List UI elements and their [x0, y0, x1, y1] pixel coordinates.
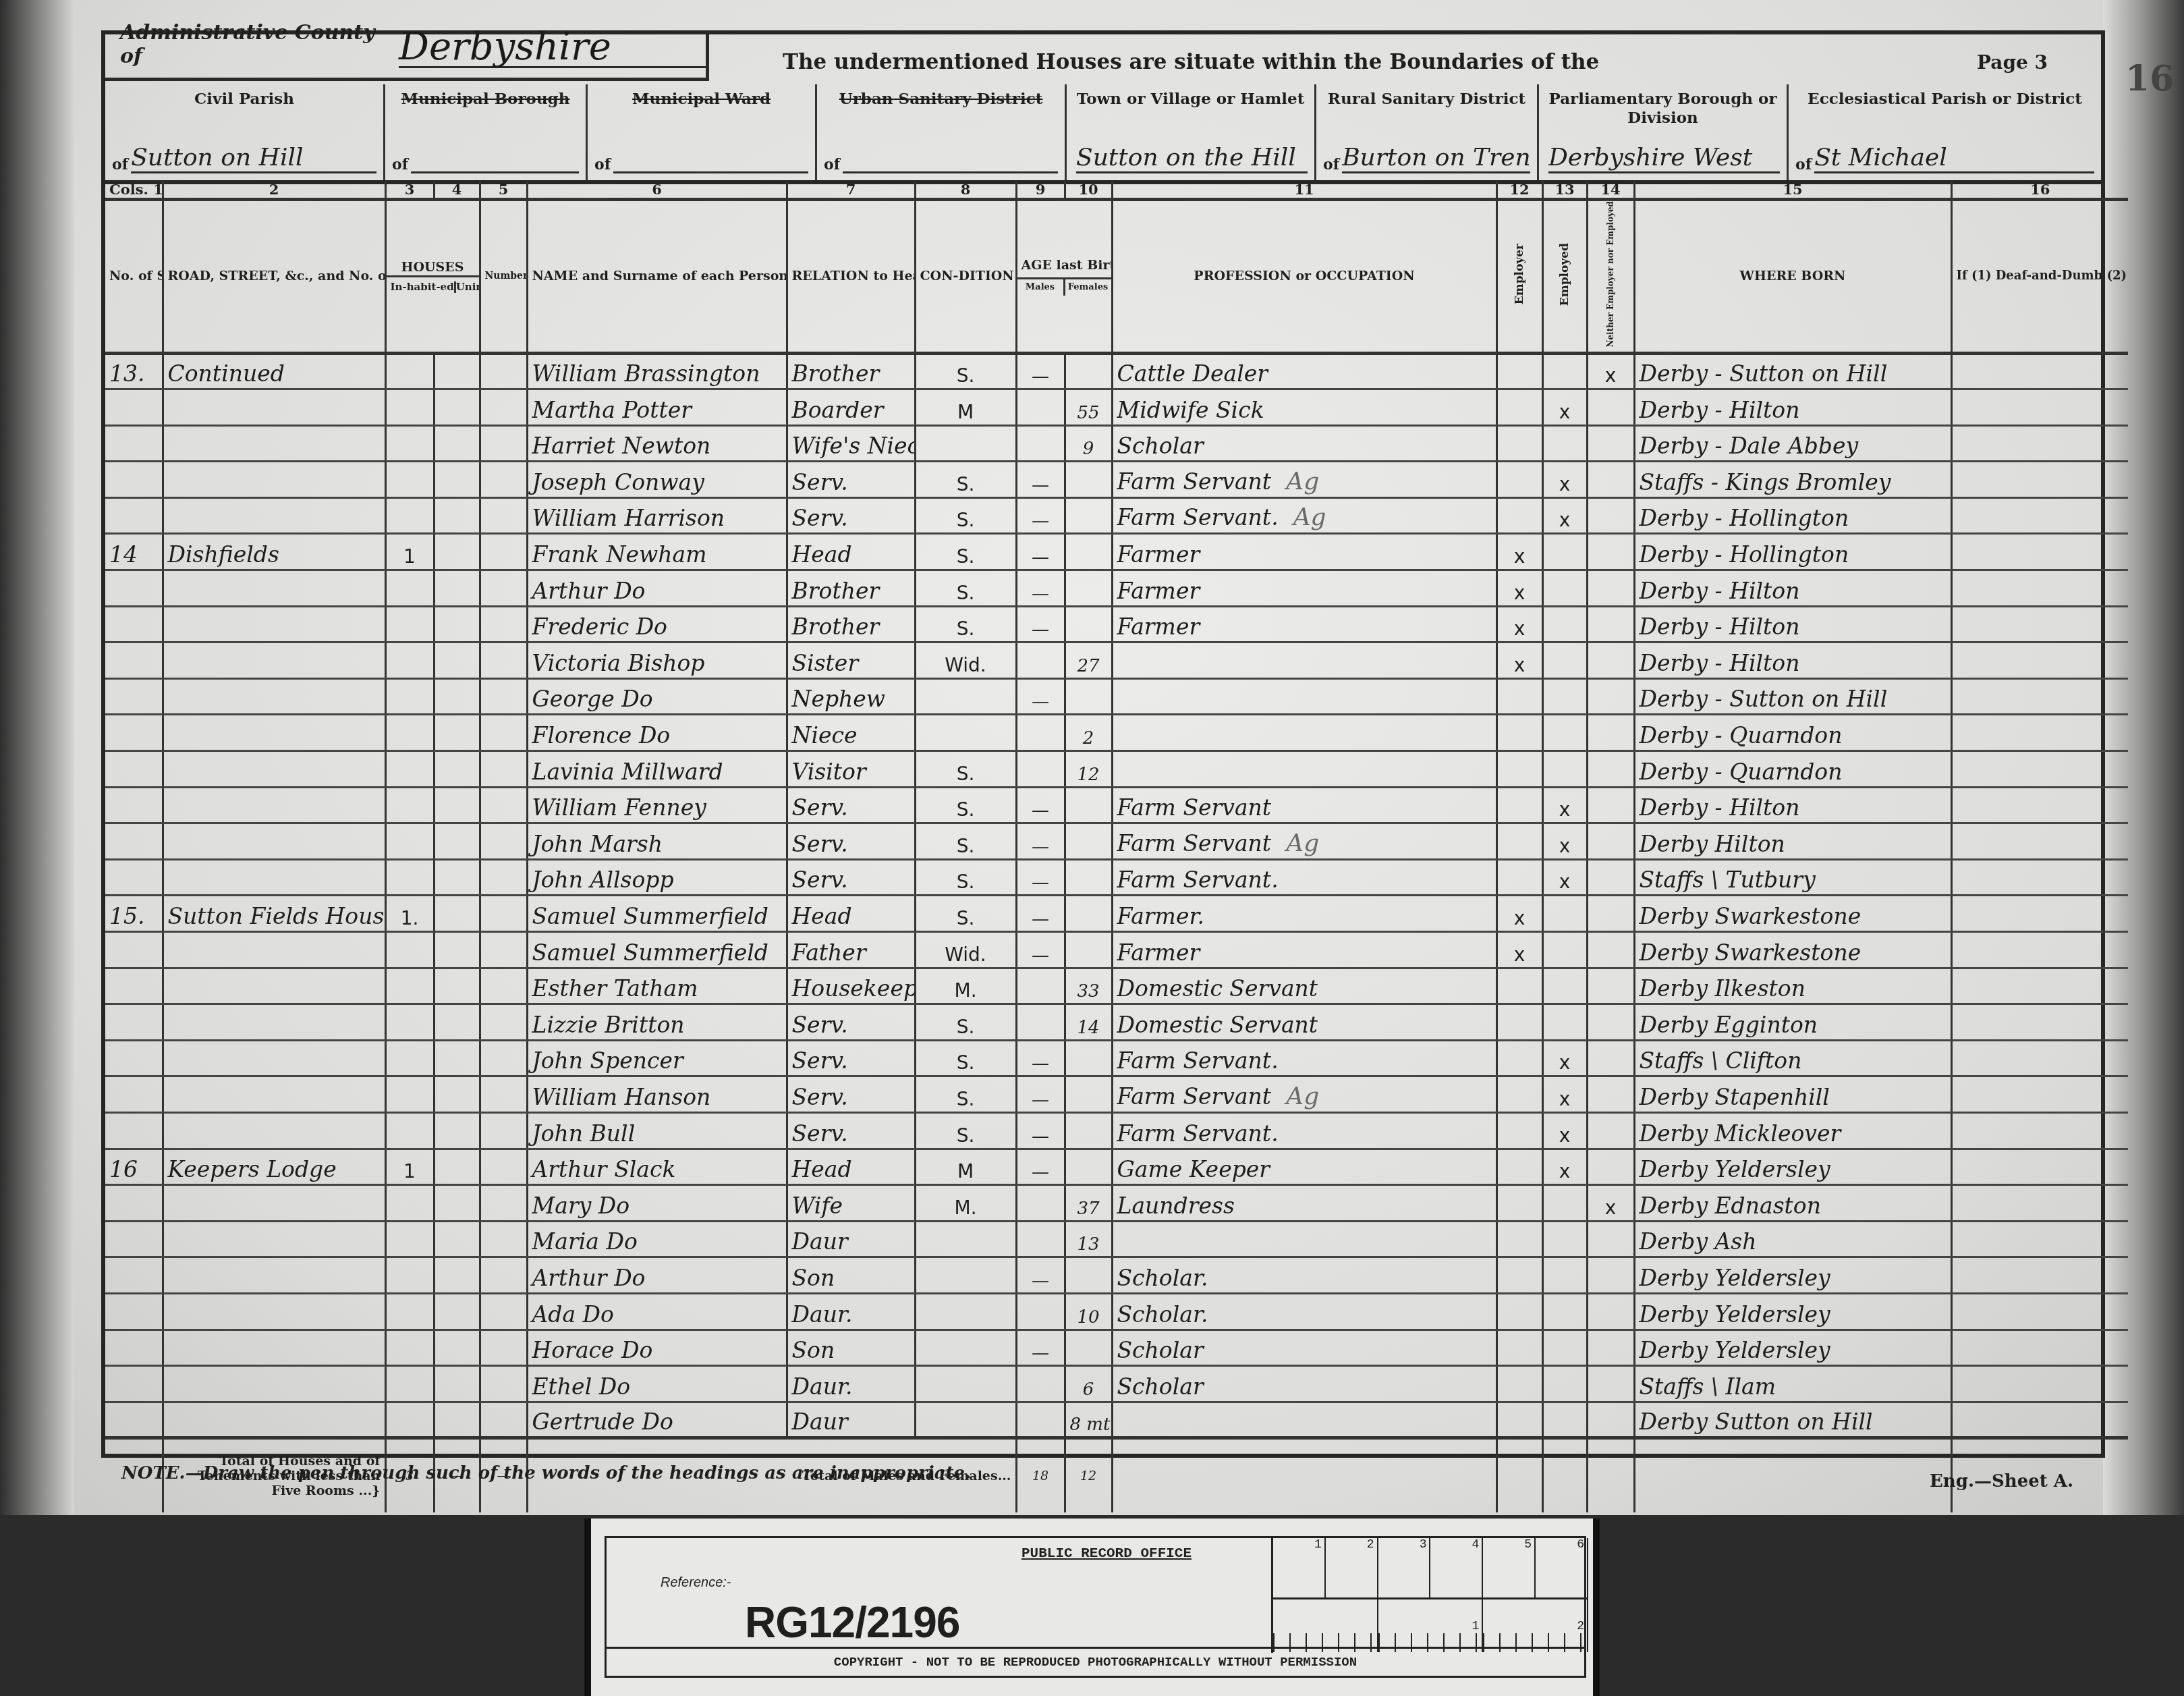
- employed-mark-text: x: [1559, 1124, 1571, 1147]
- header-road: ROAD, STREET, &c., and No. or NAME of HO…: [163, 200, 385, 354]
- employer-mark: [1496, 1004, 1542, 1041]
- where-born: Derby - Dale Abbey: [1634, 425, 1951, 462]
- employed-mark: x: [1542, 1112, 1587, 1149]
- condition: [915, 678, 1016, 715]
- ruler-cm-mark: 3: [1378, 1538, 1431, 1597]
- rooms: [480, 353, 527, 389]
- ruler-inch-mark: [1273, 1599, 1378, 1652]
- employer-mark: [1496, 859, 1542, 896]
- employed-mark: [1542, 1402, 1587, 1438]
- person-name-text: Victoria Bishop: [532, 650, 705, 676]
- condition: M.: [915, 968, 1016, 1004]
- where-born: Staffs - Kings Bromley: [1634, 462, 1951, 498]
- condition: S.: [915, 497, 1016, 534]
- infirmity: [1951, 787, 2128, 823]
- female-age-text: 55: [1077, 403, 1099, 423]
- occupation-text: Scholar.: [1117, 1265, 1208, 1291]
- condition: S.: [915, 787, 1016, 823]
- inhabited: [385, 1112, 434, 1149]
- neither-mark-text: x: [1605, 364, 1617, 387]
- where-born: Derby - Hilton: [1634, 570, 1951, 607]
- relation-text: Serv.: [792, 505, 848, 531]
- person-name: John Marsh: [527, 823, 787, 860]
- where-born-text: Derby - Hollington: [1640, 505, 1849, 531]
- where-born-text: Derby - Hollington: [1640, 541, 1849, 568]
- schedule-number: [105, 1330, 163, 1366]
- admin-field: Municipal Ward of: [588, 84, 817, 180]
- person-name-text: Arthur Do: [532, 1265, 646, 1291]
- folio-number: 16: [2125, 58, 2174, 99]
- house-name: [163, 1330, 385, 1366]
- inhabited: [385, 570, 434, 607]
- house-name: [163, 1185, 385, 1222]
- condition: [915, 1221, 1016, 1257]
- male-age: [1016, 1004, 1065, 1041]
- where-born-text: Derby Ednaston: [1640, 1193, 1821, 1219]
- occupation-text: Farmer.: [1117, 903, 1205, 929]
- person-name-text: William Harrison: [532, 505, 725, 531]
- inhabited: [385, 353, 434, 389]
- occupation: Midwife Sick: [1112, 389, 1496, 426]
- sheet-label: Eng.—Sheet A.: [1930, 1471, 2073, 1492]
- relation-text: Serv.: [792, 1084, 848, 1110]
- infirmity: [1951, 896, 2128, 932]
- census-row: Ethel DoDaur.6ScholarStaffs \ Ilam: [105, 1366, 2128, 1402]
- condition-text: Wid.: [945, 654, 986, 676]
- neither-mark: [1587, 642, 1634, 679]
- employer-mark: [1496, 823, 1542, 860]
- inhabited: [385, 859, 434, 896]
- person-name: Frederic Do: [527, 606, 787, 642]
- rooms: [480, 570, 527, 607]
- condition-text: S.: [957, 798, 975, 821]
- employed-mark: x: [1542, 497, 1587, 534]
- person-name-text: Florence Do: [532, 722, 671, 748]
- person-name: Arthur Do: [527, 1257, 787, 1294]
- condition-text: S.: [957, 618, 975, 640]
- neither-mark-text: x: [1605, 1197, 1617, 1219]
- inhabited: [385, 823, 434, 860]
- house-name: [163, 678, 385, 715]
- rooms: [480, 425, 527, 462]
- male-age: [1016, 1402, 1065, 1438]
- infirmity: [1951, 1149, 2128, 1185]
- employer-mark: [1496, 1149, 1542, 1185]
- house-name: [163, 1112, 385, 1149]
- infirmity: [1951, 425, 2128, 462]
- condition: S.: [915, 1112, 1016, 1149]
- rooms: [480, 462, 527, 498]
- schedule-number: [105, 462, 163, 498]
- ruler-cm: 123456: [1273, 1538, 1588, 1599]
- male-age: —: [1016, 896, 1065, 932]
- rooms: [480, 497, 527, 534]
- male-age: —: [1016, 534, 1065, 570]
- female-age: 14: [1065, 1004, 1112, 1041]
- person-name: John Spencer: [527, 1040, 787, 1076]
- female-age: 12: [1065, 751, 1112, 788]
- house-name: [163, 1402, 385, 1438]
- header-age-title: AGE last Birthday of: [1021, 257, 1107, 273]
- census-row: John SpencerServ.S.—Farm Servant.xStaffs…: [105, 1040, 2128, 1076]
- employed-mark: [1542, 642, 1587, 679]
- person-name: Maria Do: [527, 1221, 787, 1257]
- census-row: Maria DoDaur13Derby Ash: [105, 1221, 2128, 1257]
- person-name: Lizzie Britton: [527, 1004, 787, 1041]
- female-age: [1065, 570, 1112, 607]
- person-name: William Fenney: [527, 787, 787, 823]
- employer-mark: [1496, 1185, 1542, 1222]
- employer-mark: [1496, 1402, 1542, 1438]
- census-row: John AllsoppServ.S.—Farm Servant.xStaffs…: [105, 859, 2128, 896]
- condition: S.: [915, 534, 1016, 570]
- infirmity: [1951, 1185, 2128, 1222]
- rooms: [480, 823, 527, 860]
- relation: Brother: [787, 353, 915, 389]
- column-number-row: Cols. 12345678910111213141516: [105, 181, 2128, 200]
- relation-text: Daur.: [792, 1301, 853, 1328]
- house-name: [163, 751, 385, 788]
- neither-mark: [1587, 715, 1634, 751]
- condition-text: S.: [957, 364, 975, 387]
- employed-mark: [1542, 1330, 1587, 1366]
- inhabited-text: 1.: [401, 907, 419, 929]
- occupation-text: Scholar: [1117, 1337, 1204, 1363]
- inhabited: [385, 1221, 434, 1257]
- column-number: 8: [915, 181, 1016, 200]
- person-name: Esther Tatham: [527, 968, 787, 1004]
- condition-text: S.: [957, 1051, 975, 1074]
- neither-mark: [1587, 678, 1634, 715]
- occupation: Scholar.: [1112, 1293, 1496, 1330]
- condition-text: S.: [957, 835, 975, 857]
- infirmity: [1951, 859, 2128, 896]
- relation-text: Son: [792, 1265, 835, 1291]
- pro-reference-code: RG12/2196: [745, 1597, 959, 1647]
- county-box: Administrative County of Derbyshire: [105, 32, 709, 81]
- ruler-inches: 12: [1273, 1599, 1588, 1652]
- relation: Nephew: [787, 678, 915, 715]
- schedule-number: [105, 1040, 163, 1076]
- census-row: Esther TathamHousekeeperM.33Domestic Ser…: [105, 968, 2128, 1004]
- admin-field-label: Parliamentary Borough or Division: [1539, 90, 1787, 128]
- female-age: [1065, 787, 1112, 823]
- employer-mark-text: x: [1514, 582, 1525, 604]
- employed-mark: [1542, 606, 1587, 642]
- employer-mark: [1496, 1257, 1542, 1294]
- condition: [915, 1366, 1016, 1402]
- header-condition: CON-DITION as to Marriage: [915, 200, 1016, 354]
- person-name-text: Ada Do: [532, 1301, 614, 1328]
- occupation: Domestic Servant: [1112, 1004, 1496, 1041]
- employed-mark: x: [1542, 859, 1587, 896]
- house-name: [163, 1257, 385, 1294]
- condition: S.: [915, 353, 1016, 389]
- person-name: John Bull: [527, 1112, 787, 1149]
- admin-field-label: Town or Village or Hamlet: [1067, 90, 1314, 109]
- neither-mark: x: [1587, 353, 1634, 389]
- male-age: —: [1016, 606, 1065, 642]
- person-name: William Hanson: [527, 1076, 787, 1113]
- uninhabited: [434, 497, 480, 534]
- schedule-number: [105, 823, 163, 860]
- schedule-number: [105, 1221, 163, 1257]
- neither-mark: [1587, 968, 1634, 1004]
- schedule-number: [105, 968, 163, 1004]
- employed-mark: [1542, 968, 1587, 1004]
- employer-mark-text: x: [1514, 907, 1525, 929]
- uninhabited: [434, 1366, 480, 1402]
- male-age-text: —: [1032, 1271, 1049, 1291]
- rooms: [480, 389, 527, 426]
- condition: [915, 425, 1016, 462]
- male-age-text: —: [1032, 692, 1049, 712]
- relation-text: Head: [792, 541, 852, 568]
- inhabited: [385, 606, 434, 642]
- inhabited: [385, 497, 434, 534]
- female-age: [1065, 1076, 1112, 1113]
- person-name-text: William Brassington: [532, 360, 760, 387]
- uninhabited: [434, 932, 480, 968]
- schedule-number: [105, 751, 163, 788]
- person-name: Samuel Summerfield: [527, 896, 787, 932]
- female-age: [1065, 606, 1112, 642]
- rooms: [480, 1402, 527, 1438]
- condition-text: M: [957, 401, 974, 423]
- census-row: 16Keepers Lodge1Arthur SlackHeadM—Game K…: [105, 1149, 2128, 1185]
- condition-text: S.: [957, 871, 975, 893]
- relation-text: Wife's Niece: [792, 433, 916, 459]
- column-number: 6: [527, 181, 787, 200]
- female-age-text: 27: [1077, 656, 1099, 676]
- occupation: Farmer: [1112, 606, 1496, 642]
- page-number: Page 3: [1977, 51, 2048, 74]
- where-born-text: Derby Egginton: [1640, 1012, 1818, 1038]
- female-age: [1065, 859, 1112, 896]
- condition: M: [915, 389, 1016, 426]
- where-born: Derby Mickleover: [1634, 1112, 1951, 1149]
- admin-field-of: of: [112, 156, 128, 173]
- where-born-text: Derby - Hilton: [1640, 578, 1800, 604]
- employer-mark: [1496, 353, 1542, 389]
- male-age-text: —: [1032, 475, 1049, 495]
- uninhabited: [434, 1257, 480, 1294]
- male-age: —: [1016, 859, 1065, 896]
- where-born-text: Derby Hilton: [1640, 831, 1785, 857]
- neither-mark: [1587, 1040, 1634, 1076]
- infirmity: [1951, 1402, 2128, 1438]
- occupation: Cattle Dealer: [1112, 353, 1496, 389]
- employed-mark: [1542, 751, 1587, 788]
- inhabited-text: 1: [403, 1160, 416, 1182]
- occupation: [1112, 715, 1496, 751]
- admin-field-of: of: [1323, 156, 1339, 173]
- census-row: William HansonServ.S.—Farm ServantAgxDer…: [105, 1076, 2128, 1113]
- census-row: John BullServ.S.—Farm Servant.xDerby Mic…: [105, 1112, 2128, 1149]
- uninhabited: [434, 859, 480, 896]
- occupation-text: Farm Servant.: [1117, 504, 1279, 530]
- schedule-number-text: 16: [109, 1156, 138, 1182]
- schedule-number: [105, 1076, 163, 1113]
- relation: Wife's Niece: [787, 425, 915, 462]
- schedule-number: [105, 1185, 163, 1222]
- occupation-pencil-note: Ag: [1293, 503, 1326, 531]
- neither-mark: [1587, 1112, 1634, 1149]
- relation: Serv.: [787, 823, 915, 860]
- column-number: 16: [1951, 181, 2128, 200]
- schedule-number: [105, 1293, 163, 1330]
- employer-mark: [1496, 715, 1542, 751]
- header-inhabited: In-habit-ed: [391, 281, 454, 293]
- infirmity: [1951, 642, 2128, 679]
- where-born-text: Derby Sutton on Hill: [1640, 1408, 1873, 1435]
- where-born: Staffs \ Tutbury: [1634, 859, 1951, 896]
- header-females: Females: [1063, 279, 1111, 296]
- male-age: —: [1016, 462, 1065, 498]
- column-number: 14: [1587, 181, 1634, 200]
- male-age-text: —: [1032, 837, 1049, 857]
- schedule-number-text: 14: [109, 541, 138, 568]
- relation-text: Niece: [792, 722, 858, 748]
- house-name: [163, 570, 385, 607]
- occupation-pencil-note: Ag: [1286, 1083, 1319, 1110]
- person-name-text: Gertrude Do: [532, 1408, 673, 1435]
- relation-text: Serv.: [792, 1012, 848, 1038]
- where-born: Derby Ednaston: [1634, 1185, 1951, 1222]
- house-name: [163, 1004, 385, 1041]
- relation: Niece: [787, 715, 915, 751]
- header-employed: Employed: [1542, 200, 1587, 354]
- condition: [915, 1293, 1016, 1330]
- relation: Housekeeper: [787, 968, 915, 1004]
- occupation: [1112, 1402, 1496, 1438]
- person-name-text: William Hanson: [532, 1084, 711, 1110]
- employed-mark: x: [1542, 1149, 1587, 1185]
- column-number: 3: [385, 181, 434, 200]
- scale-ruler: 123456 12: [1271, 1538, 1588, 1653]
- where-born-text: Derby - Dale Abbey: [1640, 433, 1859, 459]
- admin-field-of: of: [824, 156, 840, 173]
- house-name-text: Continued: [168, 360, 285, 387]
- relation: Son: [787, 1330, 915, 1366]
- relation-text: Daur: [792, 1408, 848, 1435]
- female-age: 13: [1065, 1221, 1112, 1257]
- house-name: [163, 497, 385, 534]
- female-age-text: 8 mth: [1070, 1415, 1113, 1435]
- uninhabited: [434, 1402, 480, 1438]
- male-age: —: [1016, 823, 1065, 860]
- totals-males: 18: [1016, 1438, 1065, 1512]
- employer-mark-text: x: [1514, 545, 1525, 568]
- infirmity: [1951, 1040, 2128, 1076]
- neither-mark: [1587, 1330, 1634, 1366]
- male-age-text: —: [1032, 620, 1049, 640]
- male-age: [1016, 968, 1065, 1004]
- house-name: [163, 1040, 385, 1076]
- census-row: Florence DoNiece2Derby - Quarndon: [105, 715, 2128, 751]
- employer-mark: [1496, 425, 1542, 462]
- census-row: Mary DoWifeM.37LaundressxDerby Ednaston: [105, 1185, 2128, 1222]
- boundary-title: The undermentioned Houses are situate wi…: [783, 50, 1599, 74]
- inhabited: [385, 1040, 434, 1076]
- admin-field: Civil Parish of Sutton on Hill: [105, 84, 385, 180]
- rooms: [480, 1149, 527, 1185]
- rooms: [480, 1040, 527, 1076]
- employed-mark: [1542, 932, 1587, 968]
- occupation-text: Farmer: [1117, 613, 1200, 640]
- employed-mark: x: [1542, 1076, 1587, 1113]
- condition-text: M: [957, 1160, 974, 1182]
- neither-mark: [1587, 425, 1634, 462]
- male-age-text: —: [1032, 1343, 1049, 1363]
- census-row: Harriet NewtonWife's Niece9ScholarDerby …: [105, 425, 2128, 462]
- header-males: Males: [1017, 279, 1063, 296]
- infirmity: [1951, 462, 2128, 498]
- schedule-number: [105, 1366, 163, 1402]
- uninhabited: [434, 570, 480, 607]
- house-name: [163, 1221, 385, 1257]
- condition-text: S.: [957, 907, 975, 929]
- inhabited: [385, 751, 434, 788]
- employed-mark-text: x: [1559, 798, 1571, 821]
- employer-mark: [1496, 1221, 1542, 1257]
- house-name: [163, 389, 385, 426]
- schedule-number: 16: [105, 1149, 163, 1185]
- male-age: [1016, 1221, 1065, 1257]
- occupation: Game Keeper: [1112, 1149, 1496, 1185]
- relation: Visitor: [787, 751, 915, 788]
- occupation: Farm ServantAg: [1112, 1076, 1496, 1113]
- person-name: Mary Do: [527, 1185, 787, 1222]
- occupation-text: Farm Servant.: [1117, 1120, 1279, 1147]
- person-name: Samuel Summerfield: [527, 932, 787, 968]
- occupation-text: Game Keeper: [1117, 1156, 1270, 1182]
- occupation-text: Farmer: [1117, 939, 1200, 966]
- female-age: 37: [1065, 1185, 1112, 1222]
- header-relation: RELATION to Head of Family: [787, 200, 915, 354]
- person-name-text: Harriet Newton: [532, 433, 711, 459]
- infirmity: [1951, 497, 2128, 534]
- male-age: —: [1016, 570, 1065, 607]
- female-age: [1065, 1112, 1112, 1149]
- male-age: [1016, 389, 1065, 426]
- relation: Serv.: [787, 787, 915, 823]
- schedule-number: [105, 642, 163, 679]
- census-row: Gertrude DoDaur8 mthDerby Sutton on Hill: [105, 1402, 2128, 1438]
- admin-field-value: Derbyshire West: [1548, 144, 1780, 173]
- infirmity: [1951, 534, 2128, 570]
- rooms: [480, 932, 527, 968]
- female-age: [1065, 1040, 1112, 1076]
- person-name: Ada Do: [527, 1293, 787, 1330]
- column-number: 12: [1496, 181, 1542, 200]
- condition: S.: [915, 859, 1016, 896]
- occupation-text: Cattle Dealer: [1117, 360, 1268, 387]
- house-name: [163, 932, 385, 968]
- occupation: Laundress: [1112, 1185, 1496, 1222]
- person-name: Horace Do: [527, 1330, 787, 1366]
- where-born-text: Derby Yeldersley: [1640, 1265, 1830, 1291]
- where-born-text: Derby - Sutton on Hill: [1640, 686, 1888, 712]
- person-name-text: George Do: [532, 686, 653, 712]
- uninhabited: [434, 678, 480, 715]
- employer-mark: x: [1496, 932, 1542, 968]
- condition: S.: [915, 606, 1016, 642]
- house-name: [163, 715, 385, 751]
- inhabited: 1.: [385, 896, 434, 932]
- house-name: [163, 462, 385, 498]
- where-born-text: Derby Yeldersley: [1640, 1337, 1830, 1363]
